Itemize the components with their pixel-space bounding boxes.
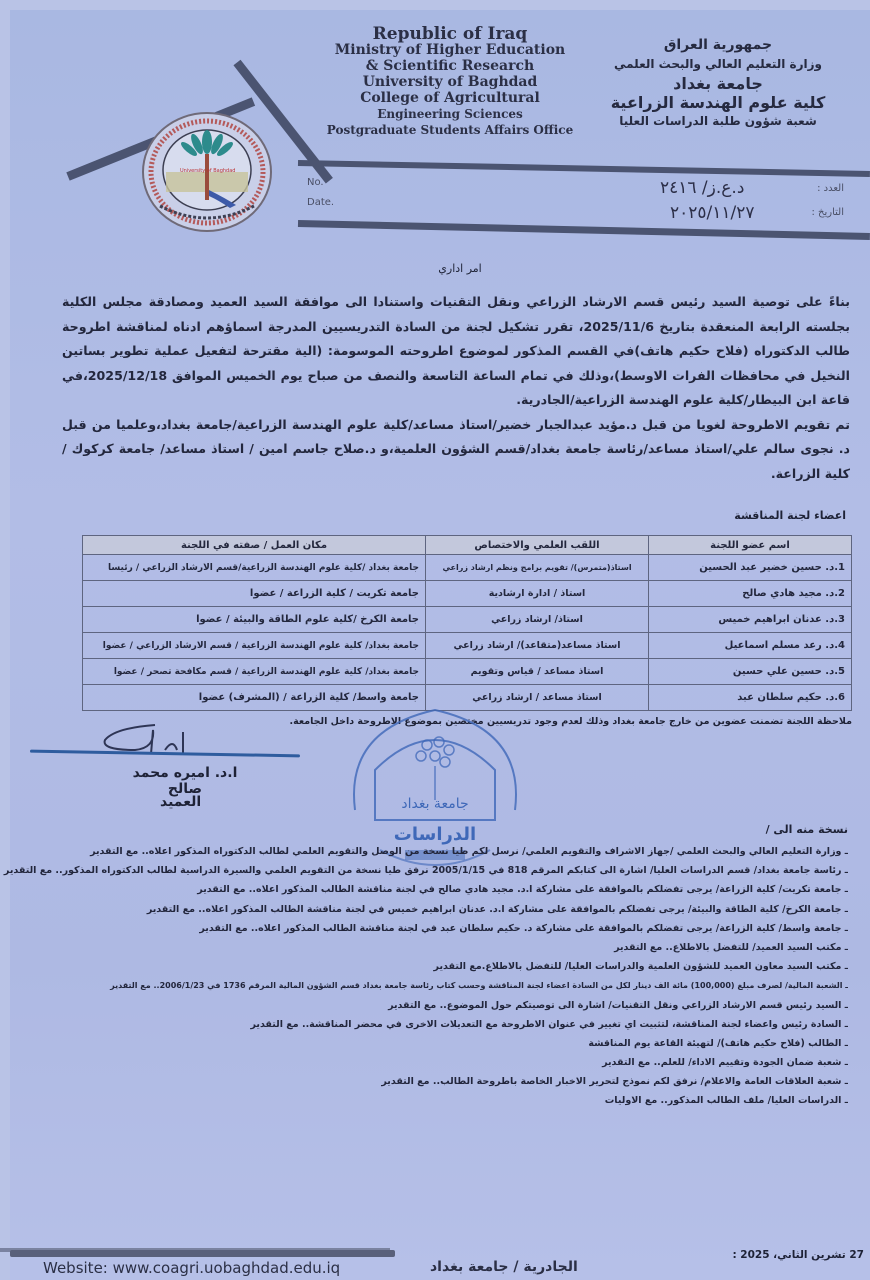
member-workplace: جامعة تكريت / كلية الزراعة / عضوا	[83, 581, 426, 607]
order-body: بناءً على توصية السيد رئيس قسم الارشاد ا…	[62, 290, 850, 486]
copy-recipient: ـ رئاسة جامعة بغداد/ قسم الدراسات العليا…	[0, 861, 848, 880]
copy-recipient: ـ مكتب السيد العميد/ للتفضل بالاطلاع.. م…	[0, 938, 848, 957]
footer-divider	[10, 1250, 395, 1257]
copy-recipient: ـ الشعبة المالية/ لصرف مبلغ (100,000) ما…	[0, 976, 848, 995]
copy-recipient: ـ جامعة الكرخ/ كلية الطاقة والبيئة/ يرجى…	[0, 900, 848, 919]
member-workplace: جامعة بغداد/ كلية علوم الهندسة الزراعية …	[83, 633, 426, 659]
document-title: امر اداري	[420, 262, 500, 275]
header-ar-line: كلية علوم الهندسة الزراعية	[588, 93, 848, 112]
signer-name: ا.د. اميره محمد صالح	[125, 765, 245, 797]
copy-recipient: ـ وزارة التعليم العالي والبحث العلمي /جه…	[0, 842, 848, 861]
committee-table: اسم عضو اللجنة اللقب العلمي والاختصاص مك…	[82, 535, 852, 711]
copy-recipient: ـ شعبة العلاقات العامة والاعلام/ نرفق لك…	[0, 1072, 848, 1091]
header-en-line: Engineering Sciences	[300, 106, 600, 122]
header-en-line: College of Agricultural	[300, 90, 600, 106]
body-text-segment: ،وذلك في تمام الساعة التاسعة والنصف من ص…	[167, 368, 614, 383]
member-title: استاذ / ادارة ارشادية	[426, 581, 649, 607]
copy-recipient: ـ الطالب (فلاح حكيم هاتف)/ لتهيئة القاعة…	[0, 1034, 848, 1053]
member-title: استاذ مساعد(متقاعد)/ ارشاد زراعي	[426, 633, 649, 659]
footer-address: الجادرية / جامعة بغداد	[430, 1259, 578, 1275]
ref-date-label-ar: التاريخ :	[811, 207, 844, 218]
table-row: 2.د. مجيد هادي صالح استاذ / ادارة ارشادي…	[83, 581, 852, 607]
member-workplace: جامعة الكرخ /كلية علوم الطاقة والبيئة / …	[83, 607, 426, 633]
scientific-reviewer: نجوى سالم علي	[732, 441, 834, 456]
signature-scrawl	[95, 720, 205, 764]
meeting-date: 2025/11/6	[583, 319, 654, 334]
table-row: 5.د. حسين علي حسين استاذ مساعد / قياس وت…	[83, 659, 852, 685]
svg-text:جامعة بغداد: جامعة بغداد	[401, 796, 468, 812]
student-name: (فلاح حكيم هاتف)	[634, 343, 748, 358]
ref-no-label-ar: العدد :	[817, 183, 844, 194]
column-header: اللقب العلمي والاختصاص	[426, 536, 649, 555]
footer-website: Website: www.coagri.uobaghdad.edu.iq	[43, 1259, 340, 1277]
header-ar-line: جامعة بغداد	[588, 74, 848, 93]
copy-recipient: ـ جامعة واسط/ كلية الزراعة/ يرجى تفضلكم …	[0, 919, 848, 938]
member-name: 3.د. عدنان ابراهيم خميس	[649, 607, 852, 633]
signer-title: العميد	[160, 794, 201, 810]
body-text-segment: تم تقويم الاطروحة لغويا من قبل د.	[626, 417, 850, 432]
member-workplace: جامعة بغداد/ كلية علوم الهندسة الزراعية …	[83, 659, 426, 685]
ref-date: ٢٠٢٥/١١/٢٧	[670, 203, 755, 223]
header-en-line: Republic of Iraq	[300, 26, 600, 42]
column-header: اسم عضو اللجنة	[649, 536, 852, 555]
defense-date: 2025/12/18	[88, 368, 167, 383]
copy-recipient: ـ السيد رئيس قسم الارشاد الزراعي ونقل ال…	[0, 996, 848, 1015]
table-header-row: اسم عضو اللجنة اللقب العلمي والاختصاص مك…	[83, 536, 852, 555]
header-en-line: University of Baghdad	[300, 74, 600, 90]
member-title: استاذ مساعد / قياس وتقويم	[426, 659, 649, 685]
header-ar-line: شعبة شؤون طلبة الدراسات العليا	[588, 112, 848, 131]
copies-list: ـ وزارة التعليم العالي والبحث العلمي /جه…	[0, 842, 848, 1111]
copy-recipient: ـ جامعة تكريت/ كلية الزراعة/ يرجى تفضلكم…	[0, 880, 848, 899]
printed-date: 27 تشرين الثاني، 2025 :	[732, 1249, 864, 1261]
member-name: 4.د. رعد مسلم اسماعيل	[649, 633, 852, 659]
svg-text:University of Baghdad: University of Baghdad	[180, 168, 235, 174]
copy-recipient: ـ شعبة ضمان الجودة وتقييم الاداء/ للعلم.…	[0, 1053, 848, 1072]
column-header: مكان العمل / صفته في اللجنة	[83, 536, 426, 555]
ref-date-label-en: Date.	[307, 197, 334, 208]
header-english: Republic of Iraq Ministry of Higher Educ…	[300, 26, 600, 138]
header-en-line: Ministry of Higher Education	[300, 42, 600, 58]
member-name: 5.د. حسين علي حسين	[649, 659, 852, 685]
body-text-segment: /استاذ مساعد/رئاسة جامعة بغداد/قسم الشؤو…	[365, 441, 732, 456]
member-title: استاذ(متمرس)/ تقويم برامج ونظم ارشاد زرا…	[426, 555, 649, 581]
body-text-segment: في القسم المذكور لموضوع اطروحته الموسومة…	[322, 343, 634, 358]
header-en-line: Postgraduate Students Affairs Office	[300, 122, 600, 138]
scientific-reviewer: صلاح جاسم امين	[259, 441, 365, 456]
member-name: 1.د. حسين خضير عبد الحسين	[649, 555, 852, 581]
header-ar-line: جمهورية العراق	[588, 36, 848, 55]
linguistic-reviewer: مؤيد عبدالجبار خضير	[497, 417, 626, 432]
copy-recipient: ـ مكتب السيد معاون العميد للشؤون العلمية…	[0, 957, 848, 976]
ref-number: د.ع.ز/ ٢٤١٦	[660, 178, 744, 198]
copies-title: نسخة منه الى /	[766, 823, 848, 836]
table-row: 1.د. حسين خضير عبد الحسين استاذ(متمرس)/ …	[83, 555, 852, 581]
ref-no-label-en: No.	[307, 177, 324, 188]
member-workplace: جامعة بغداد /كلية علوم الهندسة الزراعية/…	[83, 555, 426, 581]
table-row: 4.د. رعد مسلم اسماعيل استاذ مساعد(متقاعد…	[83, 633, 852, 659]
member-title: استاذ/ ارشاد زراعي	[426, 607, 649, 633]
copy-recipient: ـ السادة رئيس واعضاء لجنة المناقشة، لتثب…	[0, 1015, 848, 1034]
header-ar-line: وزارة التعليم العالي والبحث العلمي	[588, 55, 848, 74]
table-row: 3.د. عدنان ابراهيم خميس استاذ/ ارشاد زرا…	[83, 607, 852, 633]
member-name: 2.د. مجيد هادي صالح	[649, 581, 852, 607]
committee-title: اعضاء لجنة المناقشة	[734, 509, 846, 522]
member-name: 6.د. حكيم سلطان عبد	[649, 685, 852, 711]
copy-recipient: ـ الدراسات العليا/ ملف الطالب المذكور.. …	[0, 1091, 848, 1110]
college-emblem-logo: University of Baghdad	[140, 110, 274, 234]
header-arabic: جمهورية العراق وزارة التعليم العالي والب…	[588, 36, 848, 131]
header-en-line: & Scientific Research	[300, 58, 600, 74]
